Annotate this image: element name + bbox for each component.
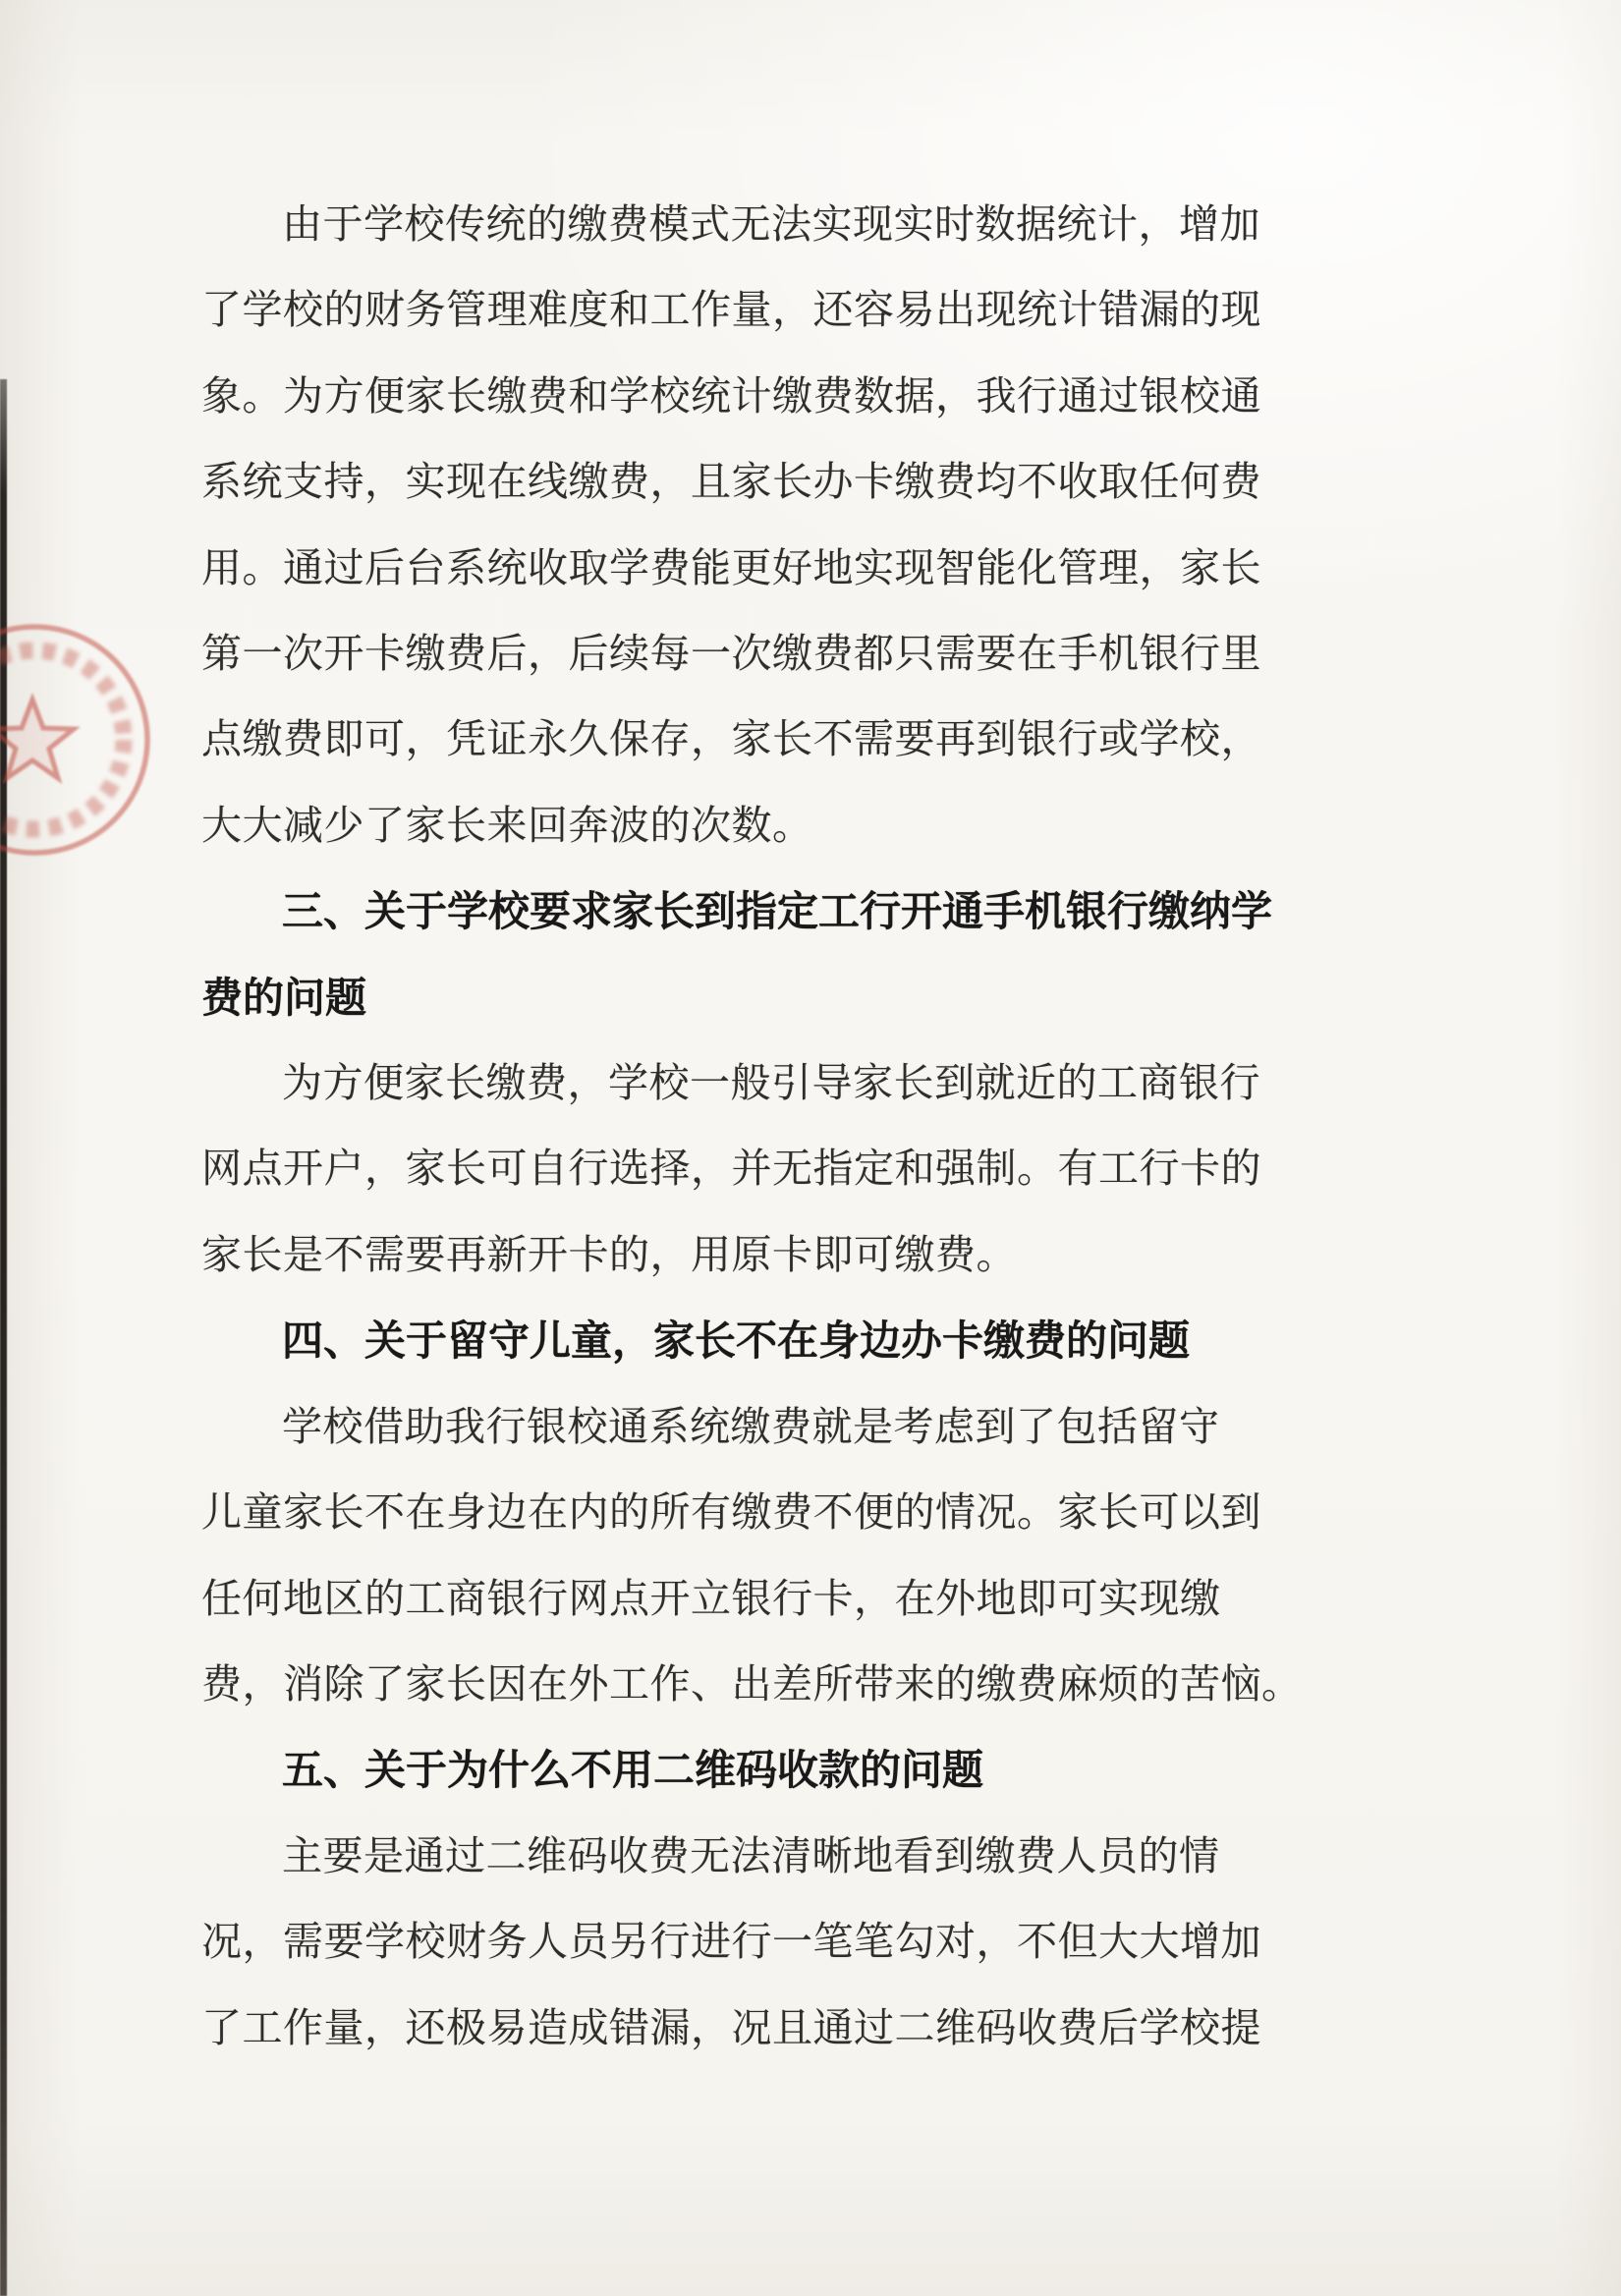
scan-edge-artifact — [0, 379, 7, 2296]
seal-star-icon — [0, 700, 74, 778]
paragraph-line: 点缴费即可，凭证永久保存，家长不需要再到银行或学校， — [201, 697, 1262, 782]
paragraph-line: 由于学校传统的缴费模式无法实现实时数据统计，增加 — [201, 182, 1262, 267]
paragraph-line: 大大减少了家长来回奔波的次数。 — [201, 783, 1262, 868]
paragraph-line: 系统支持，实现在线缴费，且家长办卡缴费均不收取任何费 — [201, 439, 1262, 525]
paragraph-line: 主要是通过二维码收费无法清晰地看到缴费人员的情 — [201, 1814, 1262, 1899]
section-heading-line: 五、关于为什么不用二维码收款的问题 — [201, 1727, 1262, 1813]
paragraph-line: 儿童家长不在身边在内的所有缴费不便的情况。家长可以到 — [201, 1470, 1262, 1555]
paragraph-line: 用。通过后台系统收取学费能更好地实现智能化管理，家长 — [201, 526, 1262, 611]
paragraph-line: 况，需要学校财务人员另行进行一笔笔勾对，不但大大增加 — [201, 1899, 1262, 1985]
section-heading-line: 三、关于学校要求家长到指定工行开通手机银行缴纳学 — [201, 868, 1262, 954]
document-text-block: 由于学校传统的缴费模式无法实现实时数据统计，增加了学校的财务管理难度和工作量，还… — [201, 182, 1262, 2071]
paragraph-line: 网点开户，家长可自行选择，并无指定和强制。有工行卡的 — [201, 1126, 1262, 1211]
paragraph-line: 任何地区的工商银行网点开立银行卡，在外地即可实现缴 — [201, 1556, 1262, 1642]
official-seal-icon — [0, 617, 162, 874]
seal-outer-ring — [0, 627, 147, 853]
paragraph-line: 费，消除了家长因在外工作、出差所带来的缴费麻烦的苦恼。 — [201, 1642, 1262, 1727]
paragraph-line: 家长是不需要再新开卡的，用原卡即可缴费。 — [201, 1212, 1262, 1298]
paragraph-line: 学校借助我行银校通系统缴费就是考虑到了包括留守 — [201, 1384, 1262, 1470]
seal-ring-text — [0, 650, 124, 829]
scanned-document-page: 由于学校传统的缴费模式无法实现实时数据统计，增加了学校的财务管理难度和工作量，还… — [0, 0, 1621, 2296]
paragraph-line: 象。为方便家长缴费和学校统计缴费数据，我行通过银校通 — [201, 354, 1262, 439]
paragraph-line: 了工作量，还极易造成错漏，况且通过二维码收费后学校提 — [201, 1986, 1262, 2071]
section-heading-line: 四、关于留守儿童，家长不在身边办卡缴费的问题 — [201, 1298, 1262, 1383]
paragraph-line: 了学校的财务管理难度和工作量，还容易出现统计错漏的现 — [201, 267, 1262, 353]
paragraph-line: 为方便家长缴费，学校一般引导家长到就近的工商银行 — [201, 1040, 1262, 1126]
section-heading-line: 费的问题 — [201, 955, 1262, 1040]
paragraph-line: 第一次开卡缴费后，后续每一次缴费都只需要在手机银行里 — [201, 611, 1262, 697]
